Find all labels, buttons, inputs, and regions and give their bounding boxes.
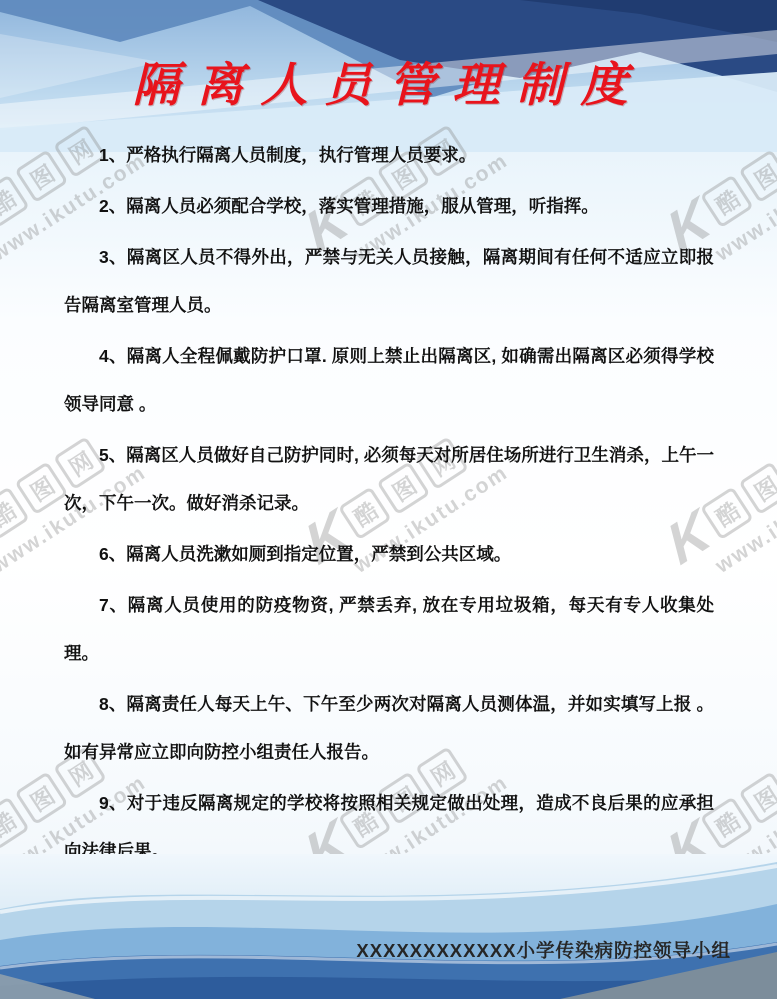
rules-list: 1、严格执行隔离人员制度，执行管理人员要求。 2、隔离人员必须配合学校，落实管理… [64,131,714,878]
footer-signature: XXXXXXXXXXXX小学传染病防控领导小组 [356,937,731,963]
rule-item-4: 4、隔离人全程佩戴防护口罩. 原则上禁止出隔离区, 如确需出隔离区必须得学校领导… [64,332,714,428]
rule-item-8: 8、隔离责任人每天上午、下午至少两次对隔离人员测体温，并如实填写上报 。如有异常… [64,680,714,776]
rule-item-2: 2、隔离人员必须配合学校，落实管理措施，服从管理，听指挥。 [64,182,714,230]
poster-page: 隔离人员管理制度 K酷图网 www.ikutu.com K酷图网 www.iku… [0,0,777,999]
rule-item-6: 6、隔离人员洗漱如厕到指定位置，严禁到公共区域。 [64,530,714,578]
rule-item-3: 3、隔离区人员不得外出，严禁与无关人员接触，隔离期间有任何不适应立即报告隔离室管… [64,233,714,329]
rule-item-1: 1、严格执行隔离人员制度，执行管理人员要求。 [64,131,714,179]
page-title: 隔离人员管理制度 [0,48,777,115]
rule-item-5: 5、隔离区人员做好自己防护同时, 必须每天对所居住场所进行卫生消杀，上午一次，下… [64,431,714,527]
rule-item-7: 7、隔离人员使用的防疫物资, 严禁丢弃, 放在专用垃圾箱，每天有专人收集处理。 [64,581,714,677]
footer-wave-art [0,854,777,999]
